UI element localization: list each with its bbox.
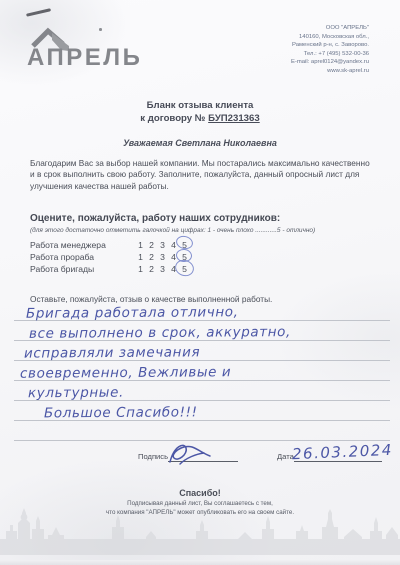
- rating-heading: Оцените, пожалуйста, работу наших сотруд…: [30, 213, 280, 224]
- city-skyline-watermark: [0, 505, 400, 560]
- handwritten-review: Бригада работала отлично, все выполнено …: [14, 301, 390, 441]
- handwriting-line: культурные.: [14, 385, 124, 402]
- company-logo-text: АПРЕЛЬ: [27, 44, 142, 72]
- company-info-line: Раменский р-н, с. Заворово.: [291, 41, 369, 50]
- staple-mark: [26, 8, 51, 16]
- rating-row-crew: Работа бригады 12345: [30, 263, 190, 275]
- scan-edge: [0, 560, 400, 565]
- rating-row-label: Работа бригады: [30, 263, 135, 275]
- form-title-line2: к договору № БУП231363: [0, 112, 400, 125]
- ruled-line: своевременно, Вежливые и: [14, 361, 390, 381]
- rating-row-foreman: Работа прораба 12345: [30, 251, 190, 263]
- company-info-line: 140160, Московская обл.,: [291, 33, 369, 42]
- ruled-line: исправляли замечания: [14, 341, 390, 361]
- company-website: www.sk-aprel.ru: [291, 67, 369, 76]
- rating-scale: 12345: [135, 263, 190, 275]
- ruled-line: Бригада работала отлично,: [14, 301, 390, 321]
- rating-instruction: (для этого достаточно отметить галочкой …: [30, 227, 315, 234]
- form-title: Бланк отзыва клиента к договору № БУП231…: [0, 99, 400, 125]
- scanned-feedback-form: АПРЕЛЬ ООО "АПРЕЛЬ" 140160, Московская о…: [0, 0, 400, 565]
- form-title-line1: Бланк отзыва клиента: [0, 99, 400, 112]
- company-info-block: ООО "АПРЕЛЬ" 140160, Московская обл., Ра…: [291, 24, 369, 75]
- ruled-line: культурные.: [14, 381, 390, 401]
- handwriting-line: исправляли замечания: [14, 344, 200, 361]
- company-info-line: Тел.: +7 (495) 532-00-36: [291, 50, 369, 59]
- signature-scribble: [166, 438, 216, 473]
- circled-rating-5: 5: [179, 263, 190, 275]
- contract-number: БУП231363: [208, 113, 260, 124]
- ruled-line: все выполнено в срок, аккуратно,: [14, 321, 390, 341]
- scan-dust-dot: [99, 28, 102, 31]
- handwriting-line: Бригада работала отлично,: [14, 304, 239, 322]
- company-info-line: ООО "АПРЕЛЬ": [291, 24, 369, 33]
- handwriting-line: все выполнено в срок, аккуратно,: [14, 324, 291, 342]
- handwriting-line: Большое Спасибо!!!: [14, 404, 198, 421]
- company-email: E-mail: aprel0124@yandex.ru: [291, 58, 369, 67]
- rating-row-manager: Работа менеджера 12345: [30, 239, 190, 251]
- signature-label: Подпись: [138, 452, 168, 461]
- handwritten-date: 26.03.2024: [292, 441, 394, 463]
- handwriting-line: своевременно, Вежливые и: [14, 364, 231, 382]
- rating-row-label: Работа прораба: [30, 251, 135, 263]
- rating-row-label: Работа менеджера: [30, 239, 135, 251]
- intro-paragraph: Благодарим Вас за выбор нашей компании. …: [30, 158, 374, 192]
- salutation: Уважаемая Светлана Николаевна: [0, 138, 400, 148]
- thanks-text: Спасибо!: [0, 488, 400, 498]
- ruled-line: Большое Спасибо!!!: [14, 401, 390, 421]
- rating-rows: Работа менеджера 12345 Работа прораба 12…: [30, 239, 190, 276]
